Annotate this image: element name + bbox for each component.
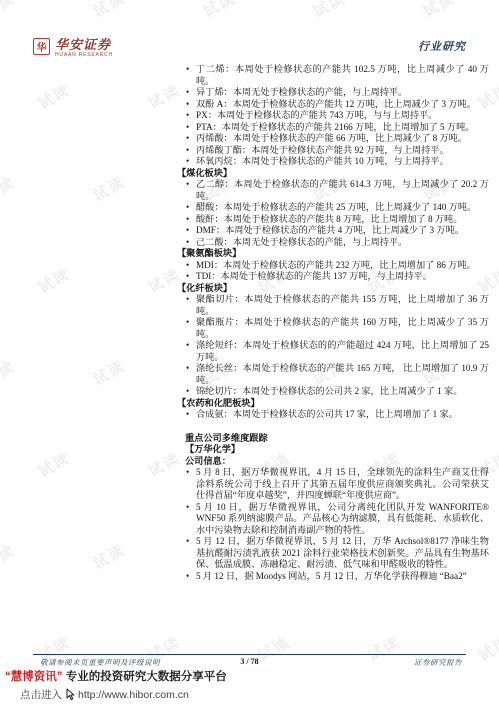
report-bullet: 异丁烯：本周无处于检修状态的产能，与上周持平。 [172, 87, 489, 99]
report-type-label: 证券研究报告 [414, 657, 462, 668]
report-bullet: 乙二醇：本周处于检修状态的产能共 614.3 万吨，与上周减少了 20.2 万吨… [172, 179, 489, 202]
report-bullet: PX：本周处于检修状态的产能共 743 万吨，与与上周持平。 [172, 110, 489, 122]
report-bullet: 双酚 A：本周处于检修状态的产能共 12 万吨，比上周减少了 3 万吨。 [172, 99, 489, 111]
report-bullet: 涤纶短纤：本周处于检修状态的的产能超过 424 万吨，比上周增加了 25 万吨。 [172, 340, 489, 363]
watermark-text: 试读 [199, 0, 239, 22]
report-bullet: 合成氨：本周处于检修状态的公司共 17 家，比上周增加了 1 家。 [172, 409, 489, 421]
watermark-text: 试读 [474, 631, 499, 666]
report-bullet: 5 月 8 日，据万华微视界讯，4 月 15 日，全球领先的涂料生产商艾仕得涂料… [172, 467, 489, 502]
report-bullet: 5 月 12 日，据 Moodys 网站，5 月 12 日，万华化学获得穆迪 “… [172, 571, 489, 583]
report-bullet: 醋酸：本周处于检修状态的产能共 25 万吨，比上周减少了 140 万吨。 [172, 202, 489, 214]
watermark-text: 试读 [89, 0, 129, 22]
report-bullet: 丁二烯：本周处于检修状态的产能共 102.5 万吨，比上周减少了 40 万吨。 [172, 64, 489, 87]
promo-url[interactable]: http://www.hibor.com.cn [78, 689, 189, 701]
page-number: 3 / 78 [240, 657, 258, 666]
company-header: 【万华化学】 [172, 444, 489, 456]
report-subheading: 公司信息： [172, 456, 489, 468]
promo-brand: “慧博资讯” [5, 671, 63, 683]
brand-text-block: 华安证券 HUAAN RESEARCH [55, 38, 113, 59]
watermark-text: 试读 [34, 447, 74, 482]
huaan-logo: 华 华安证券 HUAAN RESEARCH [33, 38, 113, 59]
report-bullet: 己二酸：本周无处于检修状态的产能，与上周持平。 [172, 237, 489, 249]
section-header: 【聚氨酯板块】 [172, 248, 489, 260]
watermark-text: 试读 [34, 79, 74, 114]
watermark-text: 试读 [0, 0, 19, 22]
footer: 敬请参阅末页重要声明及评级说明 3 / 78 证券研究报告 [33, 657, 466, 667]
watermark-text: 试读 [89, 539, 129, 574]
huaan-seal-icon: 华 [33, 38, 50, 55]
watermark-text: 试读 [0, 539, 19, 574]
cursor-icon [64, 688, 76, 701]
promo-link-row[interactable]: 点击进入 http://www.hibor.com.cn [20, 687, 189, 702]
report-bullet: TDI：本周处于检修状态的产能共 137 万吨，与上周持平。 [172, 271, 489, 283]
footer-disclaimer: 敬请参阅末页重要声明及评级说明 [40, 657, 160, 668]
watermark-text: 试读 [34, 263, 74, 298]
promo-tagline: 专业的投资研究大数据分享平台 [63, 671, 227, 683]
section-header: 【化纤板块】 [172, 283, 489, 295]
watermark-text: 试读 [0, 171, 19, 206]
report-bullet: DMF：本周处于检修状态的产能共 4 万吨，比上周减少了 3 万吨。 [172, 225, 489, 237]
watermark-text: 试读 [0, 355, 19, 390]
footer-divider [33, 654, 466, 655]
report-page: { "header": { "logo_seal_char": "华", "br… [0, 0, 499, 706]
report-bullet: 丙烯酸丁酯：本周处于检修状态产能共 92 万吨，与上周持平。 [172, 145, 489, 157]
section-header: 【农药和化肥板块】 [172, 398, 489, 410]
brand-subtitle: HUAAN RESEARCH [55, 52, 113, 59]
brand-name: 华安证券 [55, 38, 113, 52]
report-bullet: 酸酐：本周处于检修状态的产能共 8 万吨，比上周增加了 8 万吨。 [172, 214, 489, 226]
report-bullet: MDI：本周处于检修状态的产能共 232 万吨，比上周增加了 86 万吨。 [172, 260, 489, 272]
report-bullet: 丙烯酸：本周处于检修状态的产能 66 万吨，比上周减少了 8 万吨。 [172, 133, 489, 145]
report-bullet: 5 月 10 日，据万华微视界讯，公司分离纯化团队开发 WANFORITE® W… [172, 502, 489, 537]
report-heading: 重点公司多维度跟踪 [172, 433, 489, 445]
doc-type-label: 行业研究 [418, 38, 466, 54]
watermark-text: 试读 [89, 171, 129, 206]
report-bullet: PTA：本周处于检修状态的产能共 2166 万吨，比上周增加了 5 万吨。 [172, 122, 489, 134]
report-body: 丁二烯：本周处于检修状态的产能共 102.5 万吨，比上周减少了 40 万吨。 … [172, 64, 489, 582]
report-bullet: 聚酯切片：本周处于检修状态的产能共 155 万吨，比上周增加了 36 万吨。 [172, 294, 489, 317]
section-header: 【煤化板块】 [172, 168, 489, 180]
report-bullet: 锦纶切片：本周处于检修状态的公司共 2 家，比上周减少了 1 家。 [172, 386, 489, 398]
promo-cta[interactable]: 点击进入 [20, 687, 62, 702]
report-bullet: 聚酯瓶片：本周处于检修状态的产能共 160 万吨，比上周减少了 35 万吨。 [172, 317, 489, 340]
watermark-text: 试读 [309, 0, 349, 22]
promo-tagline-row: “慧博资讯” 专业的投资研究大数据分享平台 [5, 668, 227, 684]
watermark-text: 试读 [89, 355, 129, 390]
report-bullet: 5 月 12 日，据万华微视界讯，5 月 12 日，万华 Archsol®817… [172, 536, 489, 571]
report-bullet: 环氧丙烷：本周处于检修状态的产能共 10 万吨，与上周持平。 [172, 156, 489, 168]
watermark-text: 试读 [419, 0, 459, 22]
report-bullet: 涤纶长丝：本周处于检修状态的产能共 165 万吨， 比上周增加了 10.9 万吨… [172, 363, 489, 386]
